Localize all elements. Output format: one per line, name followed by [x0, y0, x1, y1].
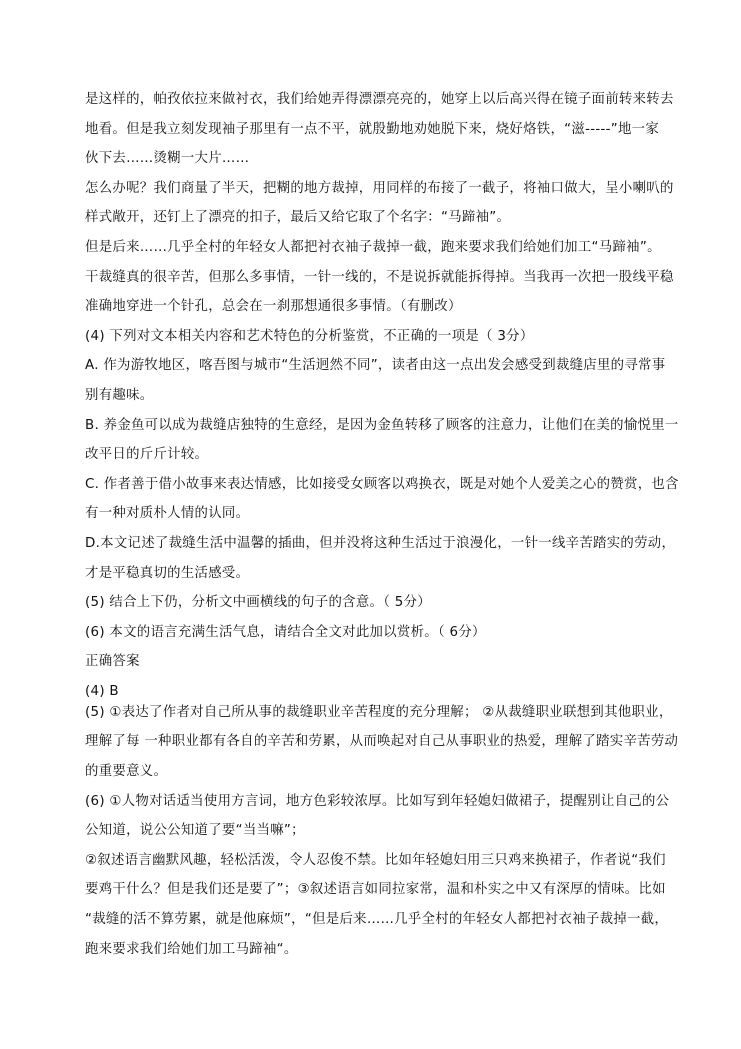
passage-line: 是这样的，帕孜依拉来做衬衣，我们给她弄得漂漂亮亮的，她穿上以后高兴得在镜子面前转… [85, 88, 657, 118]
answer-6-line: 公知道，说公公知道了要“当当嘛”； [85, 819, 657, 849]
answer-6-line: “裁缝的活不算劳累，就是他麻烦”，“但是后来……几乎全村的年轻女人都把衬衣袖子裁… [85, 908, 657, 938]
question-4-stem: (4) 下列对文本相关内容和艺术特色的分析鉴赏，不正确的一项是（ 3分） [85, 325, 657, 355]
option-d: D.本文记述了裁缝生活中温馨的插曲，但并没将这种生活过于浪漫化，一针一线辛苦踏实… [85, 532, 657, 562]
answer-5-line: (5) ①表达了作者对自己所从事的裁缝职业辛苦程度的充分理解； ②从裁缝职业联想… [85, 701, 657, 731]
answer-4: (4) B [85, 680, 657, 701]
answer-6-line: 要鸡干什么？但是我们还是要了”；③叙述语言如同拉家常，温和朴实之中又有深厚的情味… [85, 878, 657, 908]
answer-5-line: 理解了每 一种职业都有各自的辛苦和劳累，从而唤起对自己从事职业的热爱，理解了踏实… [85, 730, 657, 760]
passage-line: 伙下去……烫糊一大片…… [85, 147, 657, 177]
passage-line: 干裁缝真的很辛苦，但那么多事情，一针一线的，不是说拆就能拆得掉。当我再一次把一股… [85, 266, 657, 296]
answer-6-line: (6) ①人物对话适当使用方言词，地方色彩较浓厚。比如写到年轻媳妇做裙子，提醒别… [85, 790, 657, 820]
answer-5-line: 的重要意义。 [85, 760, 657, 790]
passage-line: 准确地穿进一个针孔，总会在一刹那想通很多事情。（有删改） [85, 295, 657, 325]
answer-6-line: ②叙述语言幽默风趣，轻松活泼，令人忍俊不禁。比如年轻媳妇用三只鸡来换裙子，作者说… [85, 849, 657, 879]
option-b: B. 养金鱼可以成为裁缝店独特的生意经，是因为金鱼转移了顾客的注意力，让他们在美… [85, 414, 657, 444]
question-6: (6) 本文的语言充满生活气息，请结合全文对此加以赏析。（ 6分） [85, 621, 657, 651]
answer-6-line: 跑来要求我们给她们加工马蹄袖“。 [85, 938, 657, 968]
passage-line: 样式敞开，还钉上了漂亮的扣子，最后又给它取了个名字：“马蹄袖”。 [85, 206, 657, 236]
option-c-cont: 有一种对质朴人情的认同。 [85, 502, 657, 532]
option-a: A. 作为游牧地区，喀吾图与城市“生活迥然不同”，读者由这一点出发会感受到裁缝店… [85, 354, 657, 384]
option-b-cont: 改平日的斤斤计较。 [85, 443, 657, 473]
passage-line: 地看。但是我立刻发现袖子那里有一点不平，就殷勤地劝她脱下来，烧好烙铁，“滋---… [85, 118, 657, 148]
passage-line: 怎么办呢？我们商量了半天，把糊的地方裁掉，用同样的布接了一截子，将袖口做大，呈小… [85, 177, 657, 207]
passage-line: 但是后来……几乎全村的年轻女人都把衬衣袖子裁掉一截，跑来要求我们给她们加工“马蹄… [85, 236, 657, 266]
question-5: (5) 结合上下仍，分析文中画横线的句子的含意。（ 5分） [85, 591, 657, 621]
option-c: C. 作者善于借小故事来表达情感，比如接受女顾客以鸡换衣，既是对她个人爱美之心的… [85, 473, 657, 503]
answers-heading: 正确答案 [85, 650, 657, 680]
option-d-cont: 才是平稳真切的生活感受。 [85, 562, 657, 592]
document-page: 是这样的，帕孜依拉来做衬衣，我们给她弄得漂漂亮亮的，她穿上以后高兴得在镜子面前转… [85, 88, 657, 967]
option-a-cont: 别有趣味。 [85, 384, 657, 414]
